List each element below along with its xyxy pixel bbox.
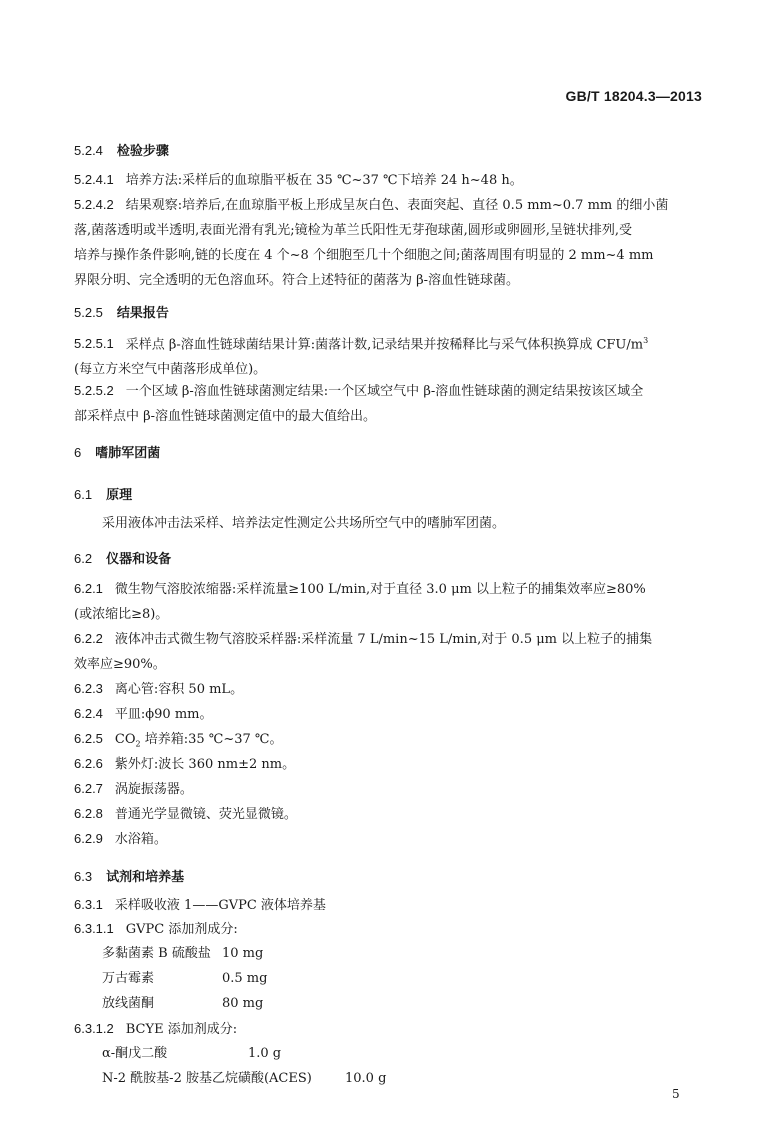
heading-6-1: 6.1原理 — [74, 484, 704, 503]
heading-5-2-5: 5.2.5结果报告 — [74, 302, 704, 321]
ingredient-amount: 10 mg — [222, 941, 263, 966]
section-number: 6 — [74, 445, 81, 460]
ingredient-row: 多黏菌素 B 硫酸盐 10 mg — [74, 941, 704, 966]
ingredient-name: 放线菌酮 — [102, 991, 222, 1016]
clause-5-2-4-1: 5.2.4.1培养方法:采样后的血琼脂平板在 35 ℃~37 ℃下培养 24 h… — [74, 167, 704, 193]
section-number: 5.2.5 — [74, 305, 103, 320]
clause-5-2-4-2: 5.2.4.2结果观察:培养后,在血琼脂平板上形成呈灰白色、表面突起、直径 0.… — [74, 192, 704, 293]
clause-6-2-3: 6.2.3离心管:容积 50 mL。 — [74, 676, 704, 702]
clause-text: BCYE 添加剂成分: — [126, 1022, 237, 1037]
clause-number: 6.2.6 — [74, 756, 103, 771]
ingredient-row: N-2 酰胺基-2 胺基乙烷磺酸(ACES) 10.0 g — [74, 1066, 704, 1091]
ingredient-amount: 1.0 g — [248, 1041, 281, 1066]
clause-number: 6.2.9 — [74, 831, 103, 846]
ingredient-name: 万古霉素 — [102, 966, 222, 991]
section-title: 检验步骤 — [117, 143, 169, 158]
clause-6-2-1: 6.2.1微生物气溶胶浓缩器:采样流量≥100 L/min,对于直径 3.0 μ… — [74, 576, 704, 627]
clause-6-2-4: 6.2.4平皿:ϕ90 mm。 — [74, 701, 704, 727]
clause-text: 平皿:ϕ90 mm。 — [115, 707, 213, 722]
ingredient-row: α-酮戊二酸 1.0 g — [74, 1041, 704, 1066]
section-number: 6.1 — [74, 487, 92, 502]
clause-6-3-1: 6.3.1采样吸收液 1——GVPC 液体培养基 — [74, 892, 704, 918]
clause-number: 6.2.1 — [74, 581, 103, 596]
standard-code: GB/T 18204.3—2013 — [566, 88, 702, 104]
clause-number: 6.3.1 — [74, 897, 103, 912]
clause-6-3-1-1: 6.3.1.1GVPC 添加剂成分: — [74, 916, 704, 942]
clause-5-2-5-1: 5.2.5.1采样点 β-溶血性链球菌结果计算:菌落计数,记录结果并按稀释比与采… — [74, 328, 704, 382]
clause-number: 6.2.8 — [74, 806, 103, 821]
clause-line: 落,菌落透明或半透明,表面光滑有乳光;镜检为革兰氏阳性无芽孢球菌,圆形或卵圆形,… — [74, 218, 704, 243]
clause-6-2-8: 6.2.8普通光学显微镜、荧光显微镜。 — [74, 801, 704, 827]
ingredient-name: N-2 酰胺基-2 胺基乙烷磺酸(ACES) — [102, 1066, 345, 1091]
heading-6-3: 6.3试剂和培养基 — [74, 866, 704, 885]
section-number: 5.2.4 — [74, 143, 103, 158]
clause-text: 采样吸收液 1——GVPC 液体培养基 — [115, 898, 326, 913]
clause-line: 结果观察:培养后,在血琼脂平板上形成呈灰白色、表面突起、直径 0.5 mm~0.… — [126, 198, 669, 213]
clause-line: 一个区域 β-溶血性链球菌测定结果:一个区域空气中 β-溶血性链球菌的测定结果按… — [126, 384, 643, 399]
clause-number: 6.2.5 — [74, 731, 103, 746]
clause-line: 效率应≥90%。 — [74, 652, 704, 677]
principle-text: 采用液体冲击法采样、培养法定性测定公共场所空气中的嗜肺军团菌。 — [74, 511, 732, 536]
clause-5-2-5-2: 5.2.5.2一个区域 β-溶血性链球菌测定结果:一个区域空气中 β-溶血性链球… — [74, 378, 704, 429]
clause-number: 5.2.5.2 — [74, 383, 114, 398]
clause-number: 5.2.5.1 — [74, 336, 114, 351]
superscript: 3 — [643, 336, 648, 345]
gvpc-ingredients-list: 多黏菌素 B 硫酸盐 10 mg 万古霉素 0.5 mg 放线菌酮 80 mg — [74, 941, 704, 1016]
section-title: 结果报告 — [117, 305, 169, 320]
clause-text: 普通光学显微镜、荧光显微镜。 — [115, 807, 297, 822]
bcye-ingredients-list: α-酮戊二酸 1.0 g N-2 酰胺基-2 胺基乙烷磺酸(ACES) 10.0… — [74, 1041, 704, 1091]
clause-line: 部采样点中 β-溶血性链球菌测定值中的最大值给出。 — [74, 404, 704, 429]
clause-text: 离心管:容积 50 mL。 — [115, 682, 243, 697]
clause-text: GVPC 添加剂成分: — [126, 922, 238, 937]
ingredient-amount: 10.0 g — [345, 1066, 386, 1091]
ingredient-name: α-酮戊二酸 — [102, 1041, 248, 1066]
heading-5-2-4: 5.2.4检验步骤 — [74, 140, 704, 159]
clause-number: 6.2.7 — [74, 781, 103, 796]
clause-number: 6.2.3 — [74, 681, 103, 696]
section-title: 试剂和培养基 — [106, 869, 184, 884]
clause-number: 6.2.4 — [74, 706, 103, 721]
ingredient-row: 放线菌酮 80 mg — [74, 991, 704, 1016]
page-number: 5 — [672, 1087, 680, 1101]
heading-6: 6嗜肺军团菌 — [74, 442, 704, 461]
clause-text: 紫外灯:波长 360 nm±2 nm。 — [115, 757, 295, 772]
formula-text: CO — [115, 732, 136, 747]
clause-number: 6.3.1.2 — [74, 1021, 114, 1036]
section-title: 仪器和设备 — [106, 551, 171, 566]
clause-line: (或浓缩比≥8)。 — [74, 602, 704, 627]
clause-6-2-6: 6.2.6紫外灯:波长 360 nm±2 nm。 — [74, 751, 704, 777]
clause-number: 6.2.2 — [74, 631, 103, 646]
clause-6-3-1-2: 6.3.1.2BCYE 添加剂成分: — [74, 1016, 704, 1042]
section-title: 嗜肺军团菌 — [95, 445, 160, 460]
ingredient-row: 万古霉素 0.5 mg — [74, 966, 704, 991]
clause-6-2-7: 6.2.7涡旋振荡器。 — [74, 776, 704, 802]
section-title: 原理 — [106, 487, 132, 502]
ingredient-name: 多黏菌素 B 硫酸盐 — [102, 941, 222, 966]
clause-6-2-9: 6.2.9水浴箱。 — [74, 826, 704, 852]
clause-line: 微生物气溶胶浓缩器:采样流量≥100 L/min,对于直径 3.0 μm 以上粒… — [115, 582, 646, 597]
section-number: 6.2 — [74, 551, 92, 566]
ingredient-amount: 80 mg — [222, 991, 263, 1016]
clause-text: 水浴箱。 — [115, 832, 167, 847]
clause-text: 涡旋振荡器。 — [115, 782, 193, 797]
clause-line: 界限分明、完全透明的无色溶血环。符合上述特征的菌落为 β-溶血性链球菌。 — [74, 268, 704, 293]
clause-6-2-2: 6.2.2液体冲击式微生物气溶胶采样器:采样流量 7 L/min~15 L/mi… — [74, 626, 704, 677]
clause-text: 培养箱:35 ℃~37 ℃。 — [141, 732, 283, 747]
ingredient-amount: 0.5 mg — [222, 966, 267, 991]
clause-line: 培养与操作条件影响,链的长度在 4 个~8 个细胞至几十个细胞之间;菌落周围有明… — [74, 243, 704, 268]
heading-6-2: 6.2仪器和设备 — [74, 548, 704, 567]
clause-number: 5.2.4.1 — [74, 172, 114, 187]
clause-number: 6.3.1.1 — [74, 921, 114, 936]
clause-line: 液体冲击式微生物气溶胶采样器:采样流量 7 L/min~15 L/min,对于 … — [115, 632, 652, 647]
clause-line: 采样点 β-溶血性链球菌结果计算:菌落计数,记录结果并按稀释比与采气体积换算成 … — [126, 337, 643, 352]
section-number: 6.3 — [74, 869, 92, 884]
clause-number: 5.2.4.2 — [74, 197, 114, 212]
clause-text: 培养方法:采样后的血琼脂平板在 35 ℃~37 ℃下培养 24 h~48 h。 — [126, 173, 523, 188]
